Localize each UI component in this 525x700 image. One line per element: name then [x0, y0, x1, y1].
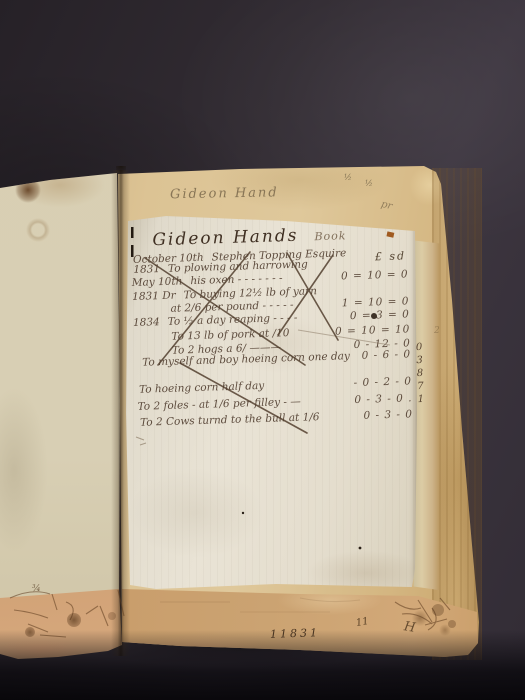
corner-fraction-mark: ½ — [365, 179, 373, 188]
cover-pencil-inscription: Gideon Hand — [170, 185, 310, 202]
faint-line — [298, 330, 390, 345]
fold-top-notch — [116, 166, 126, 176]
crossout-strokes — [126, 213, 417, 593]
corner-fraction-mark: ½ — [344, 173, 352, 182]
manuscript-page: Gideon HandsBook October 10thStephen Top… — [126, 213, 417, 593]
speck — [359, 547, 362, 550]
photo-of-open-manuscript-book: 0 3 8 7 1 2 Gideon Hand ½ ½ pr 11831 11 … — [0, 0, 525, 700]
small-marks — [136, 437, 146, 445]
foreground-shadow — [0, 630, 525, 700]
ink-blot — [371, 313, 377, 319]
faint-edge-mark: 2 — [434, 326, 440, 336]
speck — [242, 512, 244, 514]
wax-mark — [386, 231, 394, 237]
binding-stitches — [131, 227, 134, 257]
